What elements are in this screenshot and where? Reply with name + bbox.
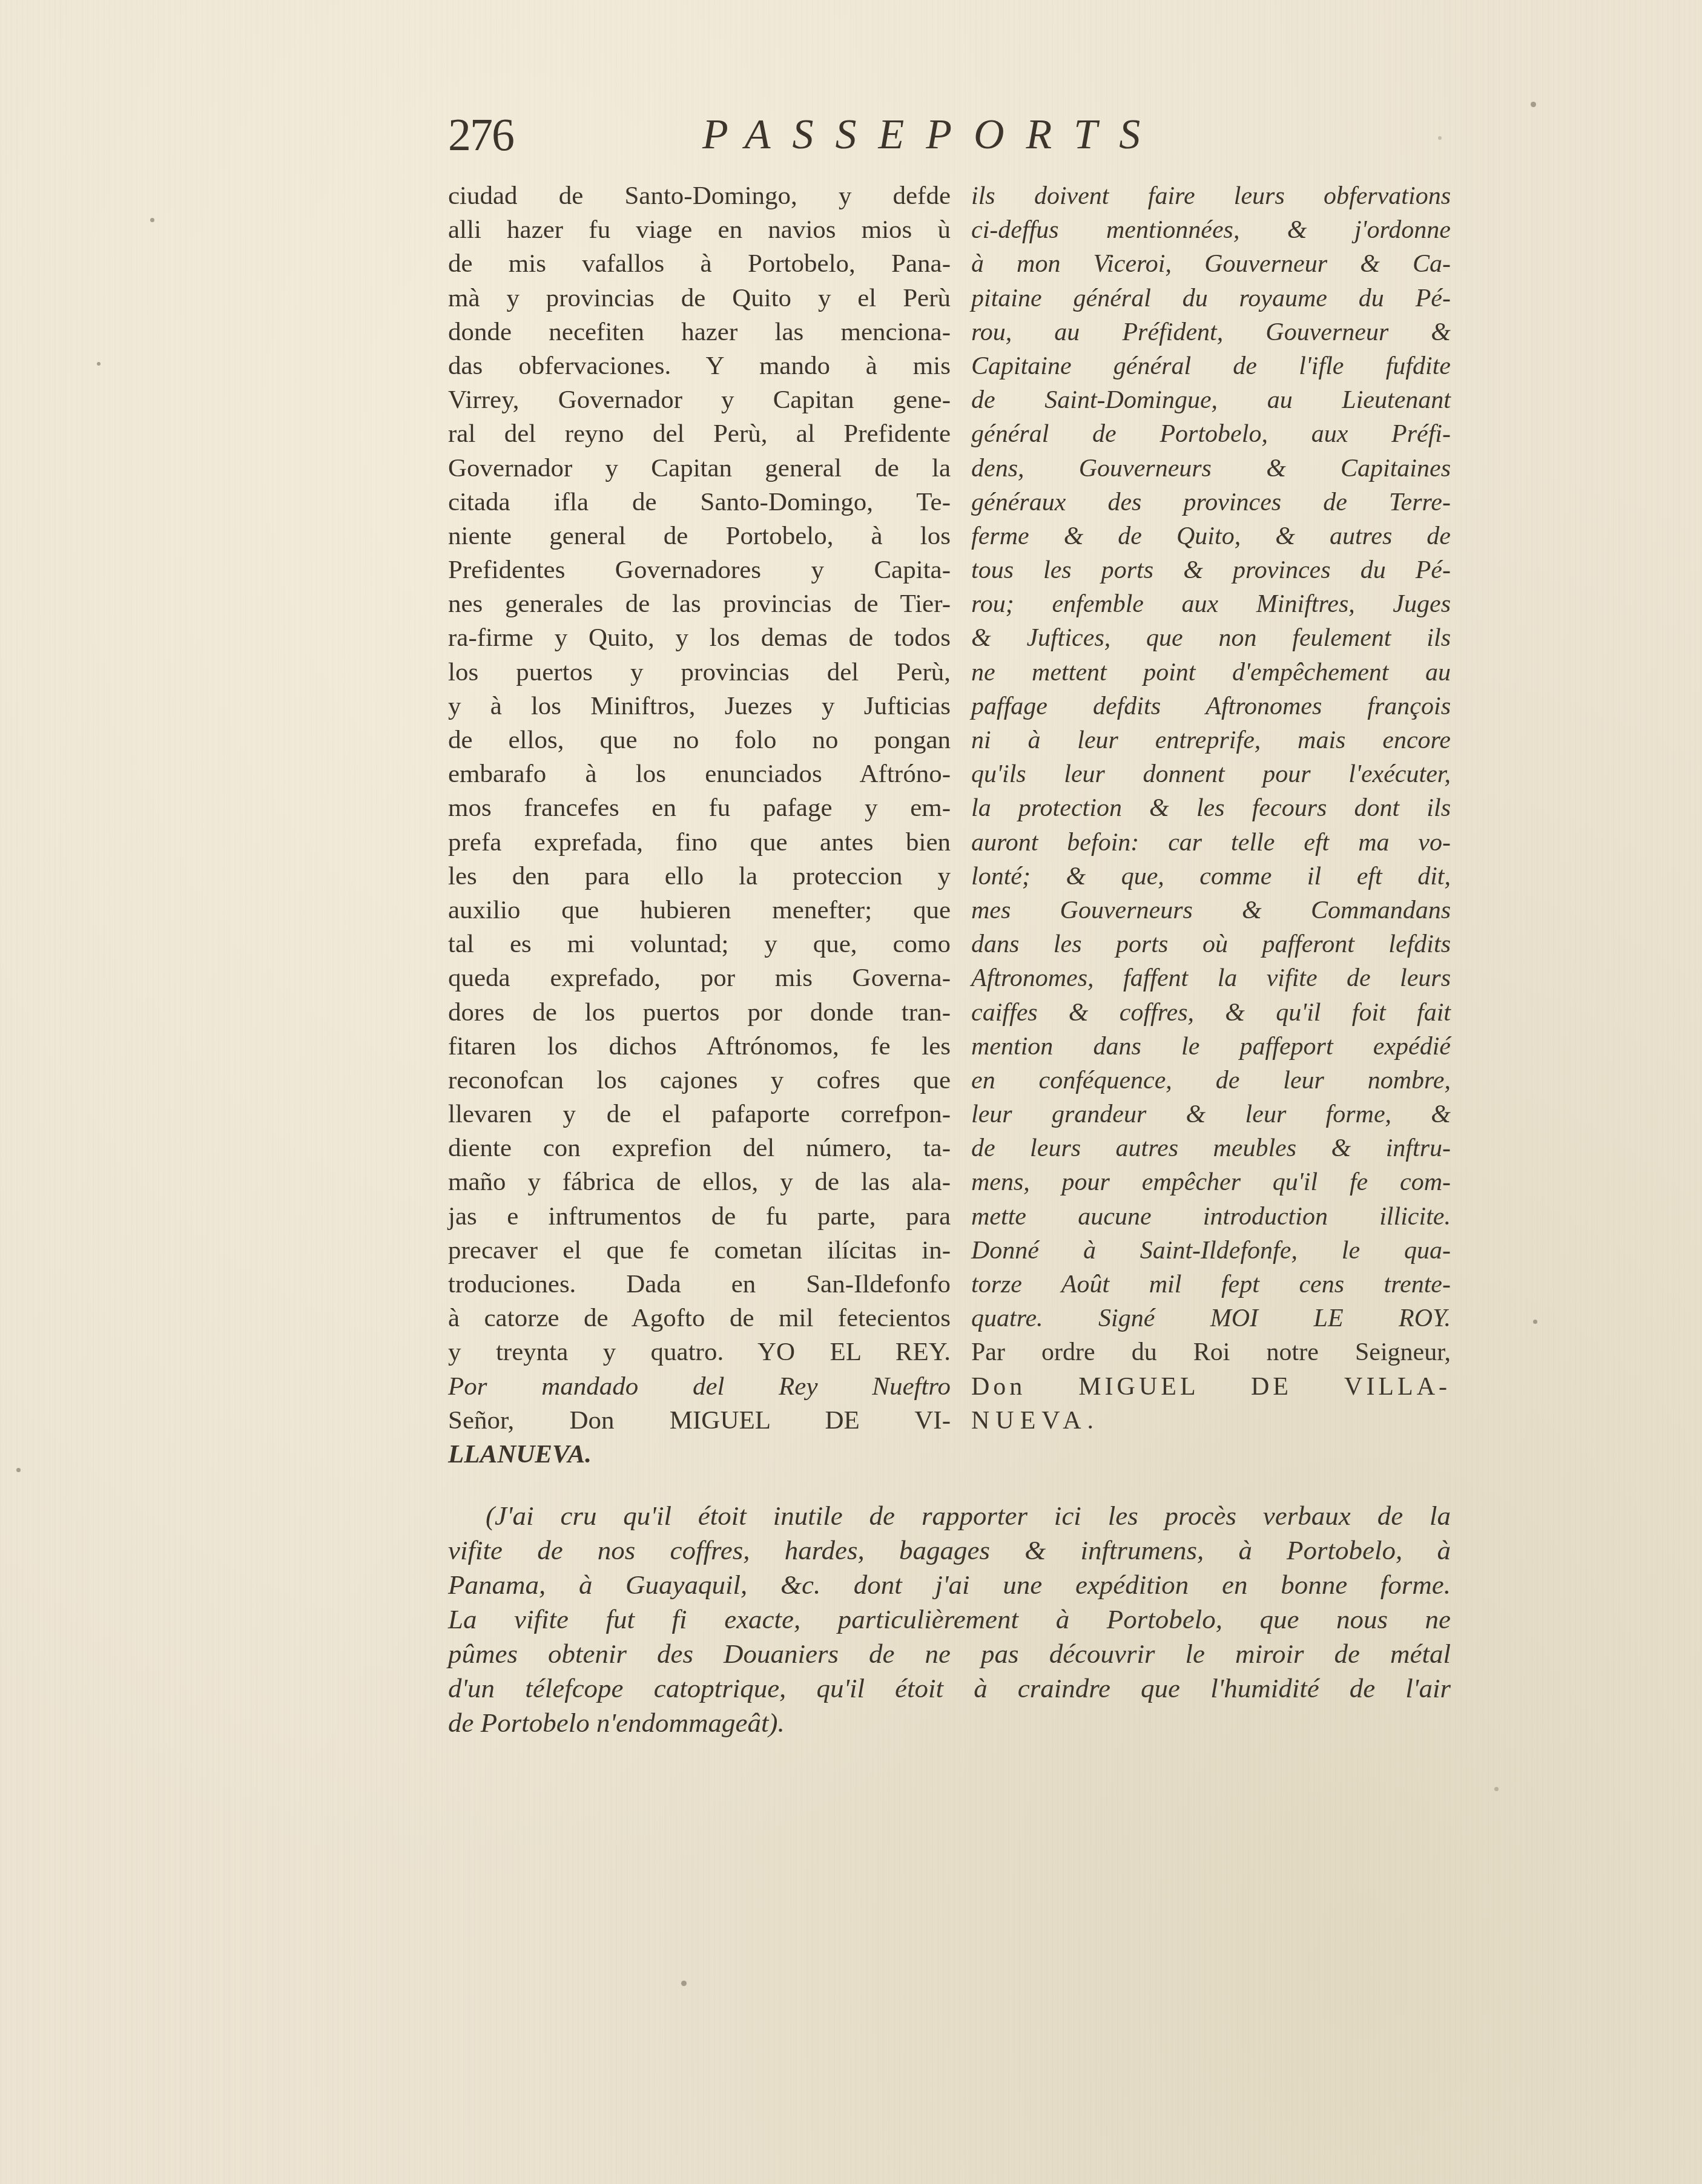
text-line: la protection & les fecours dont ils xyxy=(971,791,1451,825)
text-line: Panama, à Guayaquil, &c. dont j'ai une e… xyxy=(448,1568,1451,1602)
spanish-column: ciudad de Santo-Domingo, y defde alli ha… xyxy=(448,179,951,1472)
paper-speck xyxy=(97,362,101,366)
text-line: Governador y Capitan general de la xyxy=(448,452,951,485)
text-line: mention dans le paffeport expédié xyxy=(971,1030,1451,1064)
text-line: en conféquence, de leur nombre, xyxy=(971,1064,1451,1097)
text-line: pitaine général du royaume du Pé- xyxy=(971,281,1451,315)
text-line: embarafo à los enunciados Aftróno- xyxy=(448,757,951,791)
text-line: général de Portobelo, aux Préfi- xyxy=(971,417,1451,451)
text-line: fitaren los dichos Aftrónomos, fe les xyxy=(448,1030,951,1064)
text-line: auxilio que hubieren menefter; que xyxy=(448,893,951,927)
text-line: mos francefes en fu pafage y em- xyxy=(448,791,951,825)
text-line: généraux des provinces de Terre- xyxy=(971,485,1451,519)
text-line: dens, Gouverneurs & Capitaines xyxy=(971,452,1451,485)
text-line: de ellos, que no folo no pongan xyxy=(448,723,951,757)
text-line: ferme & de Quito, & autres de xyxy=(971,519,1451,553)
paper-speck xyxy=(150,218,154,222)
text-line: y treynta y quatro. YO EL REY. xyxy=(448,1335,951,1369)
text-line: La vifite fut fi exacte, particulièremen… xyxy=(448,1602,1451,1637)
text-line: ra-firme y Quito, y los demas de todos xyxy=(448,621,951,655)
text-line: diente con exprefion del número, ta- xyxy=(448,1131,951,1165)
text-line: mette aucune introduction illicite. xyxy=(971,1200,1451,1234)
text-line: tal es mi voluntad; y que, como xyxy=(448,927,951,961)
text-line: Donné à Saint-Ildefonfe, le qua- xyxy=(971,1234,1451,1268)
text-line: jas e inftrumentos de fu parte, para xyxy=(448,1200,951,1234)
text-line: llevaren y de el pafaporte correfpon- xyxy=(448,1097,951,1131)
text-line: Por mandado del Rey Nueftro xyxy=(448,1370,951,1404)
text-line: Señor, Don MIGUEL DE VI- xyxy=(448,1404,951,1438)
text-line: donde necefiten hazer las menciona- xyxy=(448,315,951,349)
text-line: queda exprefado, por mis Governa- xyxy=(448,961,951,995)
text-line: & Juftices, que non feulement ils xyxy=(971,621,1451,655)
text-line: tous les ports & provinces du Pé- xyxy=(971,553,1451,587)
text-line: y à los Miniftros, Juezes y Jufticias xyxy=(448,689,951,723)
text-line: troduciones. Dada en San-Ildefonfo xyxy=(448,1268,951,1301)
paper-speck xyxy=(1494,1787,1499,1791)
text-line: rou; enfemble aux Miniftres, Juges xyxy=(971,587,1451,621)
page-number: 276 xyxy=(448,108,513,162)
text-line: los puertos y provincias del Perù, xyxy=(448,656,951,689)
text-line: pûmes obtenir des Douaniers de ne pas dé… xyxy=(448,1637,1451,1671)
text-line: ne mettent point d'empêchement au xyxy=(971,656,1451,689)
running-title: PASSEPORTS xyxy=(702,108,1162,162)
text-line: LLANUEVA. xyxy=(448,1438,951,1472)
text-line: ils doivent faire leurs obfervations xyxy=(971,179,1451,213)
text-line: Par ordre du Roi notre Seigneur, xyxy=(971,1335,1451,1369)
text-line: NUEVA. xyxy=(971,1404,1451,1438)
text-line: paffage defdits Aftronomes françois xyxy=(971,689,1451,723)
text-line: ni à leur entreprife, mais encore xyxy=(971,723,1451,757)
author-note-paragraph: (J'ai cru qu'il étoit inutile de rapport… xyxy=(448,1499,1451,1740)
french-column: ils doivent faire leurs obfervations ci-… xyxy=(971,179,1451,1438)
text-line: alli hazer fu viage en navios mios ù xyxy=(448,213,951,247)
text-line: dores de los puertos por donde tran- xyxy=(448,996,951,1030)
text-line: Don MIGUEL DE VILLA- xyxy=(971,1370,1451,1404)
text-line: ral del reyno del Perù, al Prefidente xyxy=(448,417,951,451)
text-line: maño y fábrica de ellos, y de las ala- xyxy=(448,1165,951,1199)
text-line: de Saint-Domingue, au Lieutenant xyxy=(971,383,1451,417)
text-line: de leurs autres meubles & inftru- xyxy=(971,1131,1451,1165)
text-line: leur grandeur & leur forme, & xyxy=(971,1097,1451,1131)
text-line: nes generales de las provincias de Tier- xyxy=(448,587,951,621)
text-line: reconofcan los cajones y cofres que xyxy=(448,1064,951,1097)
paper-speck xyxy=(1531,102,1536,107)
paper-speck xyxy=(16,1468,21,1472)
text-line: Virrey, Governador y Capitan gene- xyxy=(448,383,951,417)
text-line: qu'ils leur donnent pour l'exécuter, xyxy=(971,757,1451,791)
text-line: ci-deffus mentionnées, & j'ordonne xyxy=(971,213,1451,247)
text-line: das obfervaciones. Y mando à mis xyxy=(448,349,951,383)
text-line: à catorze de Agofto de mil fetecientos xyxy=(448,1301,951,1335)
text-line: mens, pour empêcher qu'il fe com- xyxy=(971,1165,1451,1199)
text-line: precaver el que fe cometan ilícitas in- xyxy=(448,1234,951,1268)
text-line: (J'ai cru qu'il étoit inutile de rapport… xyxy=(448,1499,1451,1533)
text-line: caiffes & coffres, & qu'il foit fait xyxy=(971,996,1451,1030)
paper-speck xyxy=(681,1981,687,1986)
text-line: mes Gouverneurs & Commandans xyxy=(971,893,1451,927)
text-line: Aftronomes, faffent la vifite de leurs xyxy=(971,961,1451,995)
text-line: de mis vafallos à Portobelo, Pana- xyxy=(448,247,951,281)
paper-speck xyxy=(1438,136,1442,140)
text-line: d'un télefcope catoptrique, qu'il étoit … xyxy=(448,1671,1451,1706)
paper-speck xyxy=(1533,1320,1537,1324)
text-line: dans les ports où pafferont lefdits xyxy=(971,927,1451,961)
text-line: prefa exprefada, fino que antes bien xyxy=(448,826,951,860)
text-line: quatre. Signé MOI LE ROY. xyxy=(971,1301,1451,1335)
text-line: rou, au Préfident, Gouverneur & xyxy=(971,315,1451,349)
text-line: de Portobelo n'endommageât). xyxy=(448,1706,1451,1740)
text-line: torze Août mil fept cens trente- xyxy=(971,1268,1451,1301)
text-line: niente general de Portobelo, à los xyxy=(448,519,951,553)
page-header: 276 PASSEPORTS xyxy=(448,108,1235,162)
text-line: Capitaine général de l'ifle fufdite xyxy=(971,349,1451,383)
text-line: citada ifla de Santo-Domingo, Te- xyxy=(448,485,951,519)
text-line: lonté; & que, comme il eft dit, xyxy=(971,860,1451,893)
text-line: à mon Viceroi, Gouverneur & Ca- xyxy=(971,247,1451,281)
text-line: ciudad de Santo-Domingo, y defde xyxy=(448,179,951,213)
text-line: les den para ello la proteccion y xyxy=(448,860,951,893)
text-line: vifite de nos coffres, hardes, bagages &… xyxy=(448,1533,1451,1568)
text-line: auront befoin: car telle eft ma vo- xyxy=(971,826,1451,860)
text-line: Prefidentes Governadores y Capita- xyxy=(448,553,951,587)
text-line: mà y provincias de Quito y el Perù xyxy=(448,281,951,315)
